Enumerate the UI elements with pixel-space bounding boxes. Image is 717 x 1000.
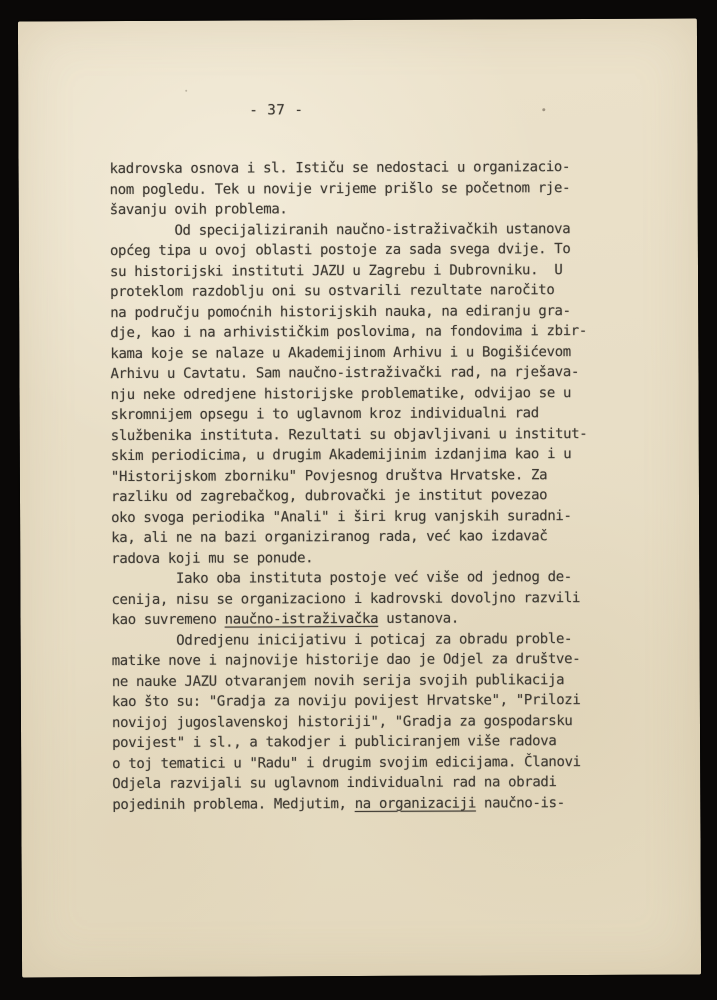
text-segment: radova koji mu se ponude. xyxy=(111,550,313,567)
paper-speck xyxy=(489,222,491,224)
text-segment: o toj tematici u "Radu" i drugim svojim … xyxy=(112,754,581,772)
text-line: ne nauke JAZU otvaranjem novih serija sv… xyxy=(112,669,632,692)
underlined-text: naučno-istraživačka xyxy=(225,611,379,628)
underlined-text: na organizaciji xyxy=(355,795,476,812)
text-segment: ne nauke JAZU otvaranjem novih serija sv… xyxy=(112,672,564,690)
text-segment: općeg tipa u ovoj oblasti postoje za sad… xyxy=(110,241,571,259)
text-line: pojedinih problema. Medjutim, na organiz… xyxy=(112,792,632,815)
text-segment: Od specijaliziranih naučno-istraživačkih… xyxy=(110,221,571,239)
document-page: - 37 - kadrovska osnova i sl. Ističu se … xyxy=(18,19,701,978)
text-line: šavanju ovih problema. xyxy=(110,198,630,221)
text-segment: skromnijem opsegu i to uglavnom kroz ind… xyxy=(111,405,539,423)
text-segment: kadrovska osnova i sl. Ističu se nedosta… xyxy=(110,159,571,177)
text-segment: službenika instituta. Rezultati su objav… xyxy=(111,426,588,444)
text-segment: nju neke odredjene historijske problemat… xyxy=(111,385,572,403)
text-line: proteklom razdoblju oni su ostvarili rez… xyxy=(110,280,630,303)
text-line: povijest" i sl., a takodjer i publiciran… xyxy=(112,731,632,754)
document-text: kadrovska osnova i sl. Ističu se nedosta… xyxy=(110,157,633,815)
text-segment: Odredjenu inicijativu i poticaj za obrad… xyxy=(112,631,573,649)
text-segment: "Historijskom zborniku" Povjesnog društv… xyxy=(111,467,547,485)
text-line: Iako oba instituta postoje već više od j… xyxy=(111,567,631,590)
text-line: kadrovska osnova i sl. Ističu se nedosta… xyxy=(110,157,630,180)
text-segment: šavanju ovih problema. xyxy=(110,201,288,218)
text-segment: oko svoga periodika "Anali" i širi krug … xyxy=(111,508,572,526)
text-line: nom pogledu. Tek u novije vrijeme prišlo… xyxy=(110,177,630,200)
text-line: kao suvremeno naučno-istraživačka ustano… xyxy=(111,608,631,631)
text-segment: na području pomoćnih historijskih nauka,… xyxy=(110,303,571,321)
text-line: dje, kao i na arhivističkim poslovima, n… xyxy=(110,321,630,344)
text-line: Odjela razvijali su uglavnom individualn… xyxy=(112,772,632,795)
text-line: "Historijskom zborniku" Povjesnog društv… xyxy=(111,464,631,487)
text-line: su historijski instituti JAZU u Zagrebu … xyxy=(110,259,630,282)
text-segment: ka, ali ne na bazi organiziranog rada, v… xyxy=(111,528,547,546)
text-segment: Iako oba instituta postoje već više od j… xyxy=(111,569,572,587)
text-line: Arhivu u Cavtatu. Sam naučno-istraživačk… xyxy=(110,362,630,385)
text-segment: kao što su: "Gradja za noviju povijest H… xyxy=(112,692,581,710)
text-line: matike nove i najnovije historije dao je… xyxy=(112,649,632,672)
text-line: nju neke odredjene historijske problemat… xyxy=(111,382,631,405)
text-segment: nom pogledu. Tek u novije vrijeme prišlo… xyxy=(110,180,571,198)
text-line: oko svoga periodika "Anali" i širi krug … xyxy=(111,505,631,528)
text-segment: proteklom razdoblju oni su ostvarili rez… xyxy=(110,282,554,300)
text-segment: kao suvremeno xyxy=(111,612,224,628)
text-segment: Odjela razvijali su uglavnom individualn… xyxy=(112,774,556,792)
text-segment: pojedinih problema. Medjutim, xyxy=(112,796,354,813)
text-line: općeg tipa u ovoj oblasti postoje za sad… xyxy=(110,239,630,262)
text-line: službenika instituta. Rezultati su objav… xyxy=(111,423,631,446)
text-line: na području pomoćnih historijskih nauka,… xyxy=(110,300,630,323)
text-line: radova koji mu se ponude. xyxy=(111,546,631,569)
text-segment: ustanova. xyxy=(378,611,459,627)
text-segment: razliku od zagrebačkog, dubrovački je in… xyxy=(111,487,547,505)
text-line: cenija, nisu se organizaciono i kadrovsk… xyxy=(111,587,631,610)
scan-background: - 37 - kadrovska osnova i sl. Ističu se … xyxy=(0,0,717,1000)
text-segment: naučno-is- xyxy=(476,795,565,811)
text-segment: skim periodicima, u drugim Akademijinim … xyxy=(111,446,572,464)
text-segment: Arhivu u Cavtatu. Sam naučno-istraživačk… xyxy=(110,364,579,382)
text-segment: cenija, nisu se organizaciono i kadrovsk… xyxy=(111,590,580,608)
page-number: - 37 - xyxy=(249,102,303,118)
text-segment: matike nove i najnovije historije dao je… xyxy=(112,651,581,669)
text-line: Odredjenu inicijativu i poticaj za obrad… xyxy=(112,628,632,651)
paper-speck xyxy=(185,90,187,92)
text-line: kao što su: "Gradja za noviju povijest H… xyxy=(112,690,632,713)
text-line: o toj tematici u "Radu" i drugim svojim … xyxy=(112,751,632,774)
text-line: novijoj jugoslavenskoj historiji", "Grad… xyxy=(112,710,632,733)
text-segment: kama koje se nalaze u Akademijinom Arhiv… xyxy=(110,344,571,362)
text-line: kama koje se nalaze u Akademijinom Arhiv… xyxy=(110,341,630,364)
text-line: skim periodicima, u drugim Akademijinim … xyxy=(111,444,631,467)
text-line: ka, ali ne na bazi organiziranog rada, v… xyxy=(111,526,631,549)
text-line: Od specijaliziranih naučno-istraživačkih… xyxy=(110,218,630,241)
text-segment: su historijski instituti JAZU u Zagrebu … xyxy=(110,262,562,280)
text-segment: povijest" i sl., a takodjer i publiciran… xyxy=(112,733,556,751)
text-line: skromnijem opsegu i to uglavnom kroz ind… xyxy=(111,403,631,426)
text-line: razliku od zagrebačkog, dubrovački je in… xyxy=(111,485,631,508)
text-segment: novijoj jugoslavenskoj historiji", "Grad… xyxy=(112,713,573,731)
text-segment: dje, kao i na arhivističkim poslovima, n… xyxy=(110,323,587,341)
paper-speck xyxy=(542,108,545,111)
